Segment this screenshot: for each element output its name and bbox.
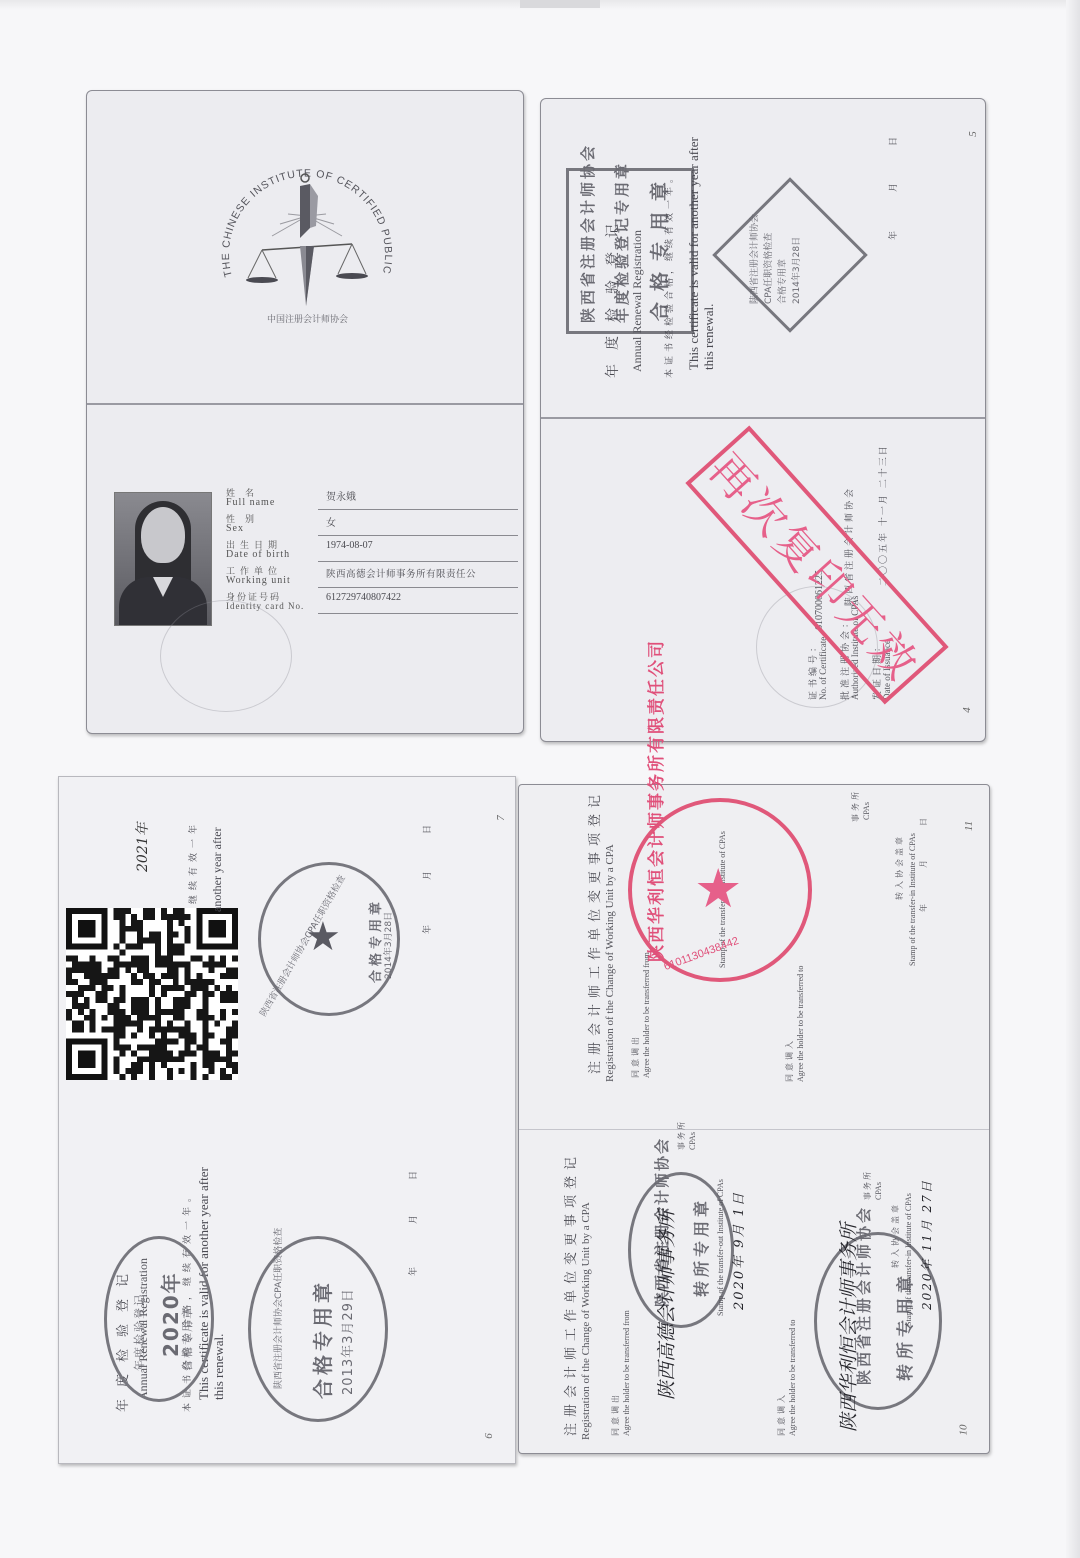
page-number: 4 (961, 707, 973, 713)
page-number: 6 (483, 1433, 495, 1439)
date-label-month: 月 (886, 183, 899, 192)
firm-label-en: CPAs (688, 1132, 697, 1150)
page-number: 7 (495, 815, 507, 821)
handwritten-out-date: 2020年 9月 1日 (728, 1191, 747, 1310)
faded-stamp-circle (160, 600, 292, 712)
stamp-line: 年度检验登记 (131, 1293, 147, 1371)
issue-date-value: 二〇〇五年 十一月 二十三日 (876, 444, 889, 586)
transfer-in-stamp-label-cn: 转入协会盖章 (894, 834, 905, 900)
page-number: 11 (963, 821, 975, 831)
handwritten-year: 2021年 (132, 822, 152, 872)
stamp-line: 转所专用章 (689, 1197, 712, 1297)
transfer-out-label-en: Agree the holder to be transferred from (642, 952, 651, 1078)
change-title-en: Registration of the Change of Working Un… (604, 844, 616, 1082)
firm-label-cn: 事务所 (862, 1170, 873, 1200)
logo-cn-text: 中国注册会计师协会 (267, 313, 348, 325)
renewal-note-cn: 继续有效一年 (186, 820, 199, 904)
field-underline (318, 613, 518, 614)
field-underline (318, 561, 518, 562)
field-label-en: Date of birth (226, 549, 290, 560)
field-value: 陕西高德会计师事务所有限责任公 (326, 566, 476, 580)
field-sex: 性别 Sex 女 (226, 512, 526, 538)
date-label-day: 日 (420, 825, 433, 834)
firm-red-round-stamp: ★ 陕西华利恒会计师事务所有限责任公司 6101130438442 (628, 798, 812, 982)
booklet-fold (541, 417, 985, 419)
transfer-in-label-en: Agree the holder to be transferred to (788, 1320, 797, 1436)
change-title-cn: 注册会计师工作单位变更事项登记 (584, 789, 603, 1074)
date-label-day: 日 (886, 137, 899, 146)
field-value: 女 (326, 514, 336, 529)
transfer-in-label-cn: 同意调入 (776, 1392, 787, 1436)
transfer-out-stamp-label-en: Stamp of the transfer-out Institute of C… (716, 1179, 725, 1316)
renewal-title-cn: 年度检验登记 (602, 210, 622, 378)
transfer-in-stamp-label-en: Stamp of the transfer-in Institute of CP… (908, 833, 917, 966)
page-number: 5 (967, 131, 979, 137)
change-title-en: Registration of the Change of Working Un… (580, 1202, 592, 1440)
handwritten-in-date: 2020年 11月 27日 (918, 1179, 935, 1310)
transfer-in-stamp-label-cn: 转入协会盖章 (890, 1202, 901, 1268)
transfer-in-label-cn: 同意调入 (784, 1038, 795, 1082)
field-underline (318, 535, 518, 536)
field-label-en: Working unit (226, 575, 291, 586)
change-title-cn: 注册会计师工作单位变更事项登记 (560, 1151, 579, 1436)
cpa-check-round-stamp: 合格专用章 2013年3月29日 陕西省注册会计师协会CPA任职资格检查 (248, 1236, 388, 1422)
stamp-line: 合格专用章 (179, 1306, 195, 1371)
transfer-out-label-cn: 同意调出 (630, 1034, 641, 1078)
scan-edge-right (1066, 0, 1080, 1558)
firm-label-cn: 事务所 (676, 1120, 687, 1150)
field-underline (318, 587, 518, 588)
holder-info-fields: 姓名 Full name 贺永娥 性别 Sex 女 出生日期 Date of b… (226, 486, 526, 616)
field-label-en: Full name (226, 497, 275, 508)
handwritten-in-firm: 陕西华利恒会计师事务所 (834, 1223, 861, 1432)
field-identity-card: 身份证号码 Identity card No. 612729740807422 (226, 590, 526, 616)
scan-edge-tab (520, 0, 600, 8)
stamp-line: 2013年3月29日 (337, 1288, 356, 1395)
date-label-day: 日 (406, 1171, 419, 1180)
date-label-month: 月 (918, 860, 929, 868)
stamp-line: 2014年3月28日 (381, 912, 394, 979)
red-stamp-number: 6101130438442 (662, 935, 740, 973)
renewal-note-en: another year after (210, 827, 225, 912)
renewal-note-cn: 本证书经检验合格，继续有效一年。 (662, 170, 675, 378)
date-label-month: 月 (420, 871, 433, 880)
date-label-year: 年 (886, 231, 899, 240)
date-label-month: 月 (406, 1215, 419, 1224)
field-value: 612729740807422 (326, 592, 401, 603)
stamp-line: CPA任职资格检查 (762, 214, 776, 304)
date-label-year: 年 (420, 925, 433, 934)
field-label-en: Identity card No. (226, 601, 304, 611)
stamp-line: 陕西省注册会计师协会 (748, 214, 762, 304)
field-full-name: 姓名 Full name 贺永娥 (226, 486, 526, 512)
booklet-fold (87, 403, 523, 405)
cicpa-logo: THE CHINESE INSTITUTE OF CERTIFIED PUBLI… (212, 156, 402, 326)
red-stamp-firm-name: 陕西华利恒会计师事务所有限责任公司 (642, 639, 667, 962)
booklet-fold (519, 1129, 989, 1130)
firm-label-cn: 事务所 (850, 789, 861, 822)
stamp-line: 合格专用章 (307, 1279, 336, 1399)
field-label-en: Sex (226, 523, 244, 534)
date-label-year: 年 (406, 1267, 419, 1276)
stamp-line: 陕西省注册会计师协会 (577, 143, 598, 323)
page-number: 10 (958, 1425, 970, 1436)
stamp-line: 合格专用章 (776, 214, 790, 304)
transfer-in-stamp-label-en: Stamp of the transfer-in Institute of CP… (904, 1193, 913, 1326)
field-value: 贺永娥 (326, 488, 356, 503)
diamond-stamp-text: 陕西省注册会计师协会 CPA任职资格检查 合格专用章 2014年3月28日 (748, 214, 804, 304)
handwritten-out-firm: 陕西高德会计师事务所 (652, 1210, 679, 1400)
transfer-out-label-en: Agree the holder to be transferred from (622, 1310, 631, 1436)
date-label-year: 年 (918, 904, 929, 912)
star-icon: ★ (694, 862, 742, 916)
stamp-arc-text: 陕西省注册会计师协会CPA任职资格检查 (271, 1228, 284, 1389)
transfer-out-label-cn: 同意调出 (610, 1392, 621, 1436)
field-date-of-birth: 出生日期 Date of birth 1974-08-07 (226, 538, 526, 564)
firm-label-en: CPAs (862, 802, 871, 820)
field-underline (318, 509, 518, 510)
renewal-note-en: This certificate is valid for another ye… (686, 130, 716, 370)
date-label-day: 日 (918, 818, 929, 826)
transfer-in-label-en: Agree the holder to be transferred to (796, 966, 805, 1082)
renewal-title-en: Annual Renewal Registration (630, 230, 645, 372)
field-value: 1974-08-07 (326, 540, 373, 551)
stamp-line: 2014年3月28日 (790, 214, 804, 304)
qr-code (66, 908, 238, 1080)
annual-renewal-oval-stamp: 2020年 年度检验登记 合格专用章 (104, 1236, 214, 1402)
cert-no-label-en: No. of Certificate (818, 637, 828, 700)
field-working-unit: 工作单位 Working unit 陕西高德会计师事务所有限责任公 (226, 564, 526, 590)
firm-label-en: CPAs (874, 1182, 883, 1200)
